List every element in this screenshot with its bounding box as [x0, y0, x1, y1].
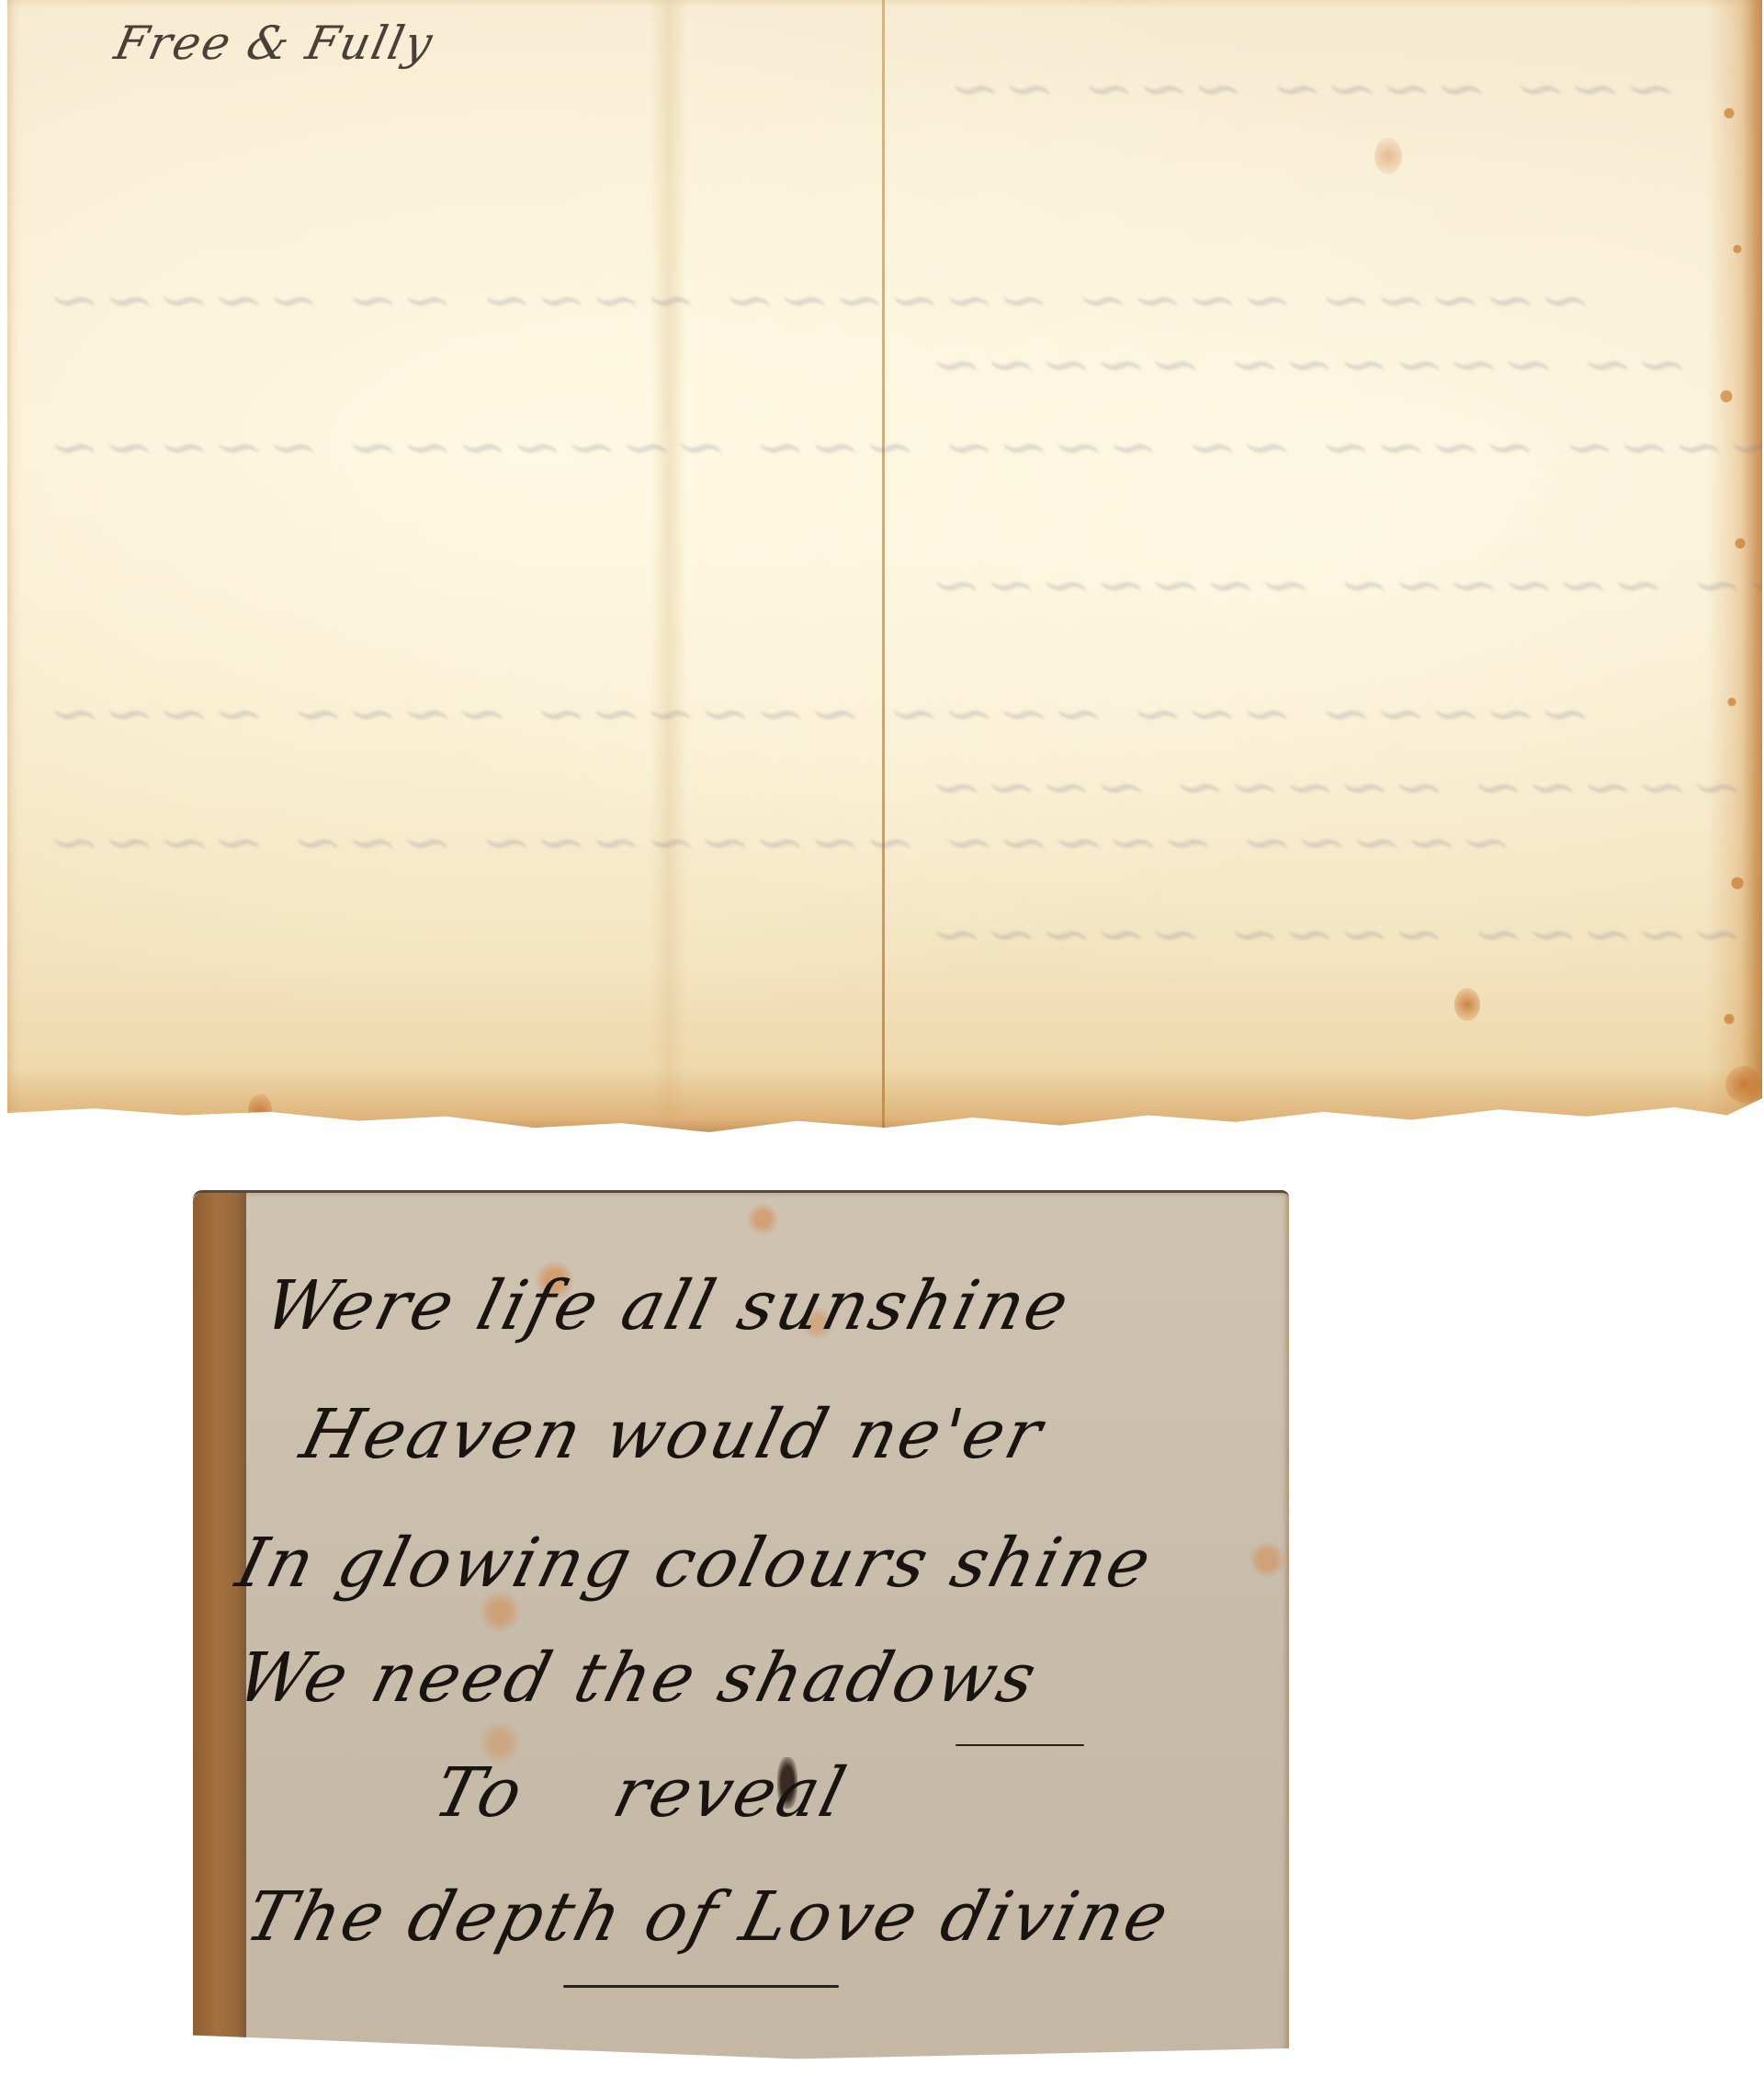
center-fold-line	[882, 0, 885, 1132]
foxing-spot	[1454, 988, 1480, 1021]
poem-line-4: We need the shadows	[229, 1639, 1046, 1718]
verse-card: Were life all sunshine Heaven would ne'e…	[193, 1190, 1289, 2066]
poem-line-5b: reveal	[605, 1753, 855, 1832]
closing-flourish-rule	[563, 1985, 839, 1988]
foxing-spot	[248, 1094, 272, 1130]
bottom-edge-staining	[7, 1068, 1762, 1132]
poem-line-1: Were life all sunshine	[256, 1266, 1079, 1345]
handwritten-poem: Were life all sunshine Heaven would ne'e…	[193, 1193, 1289, 2066]
bleed-through-text: ~~~~ ~~~~ ~~ ~~~~ ~~~ ~~~~~~~ ~~~~~	[33, 414, 1764, 482]
ink-stroke	[955, 1744, 1084, 1746]
bleed-through-text: ~~~~~ ~~~~~ ~~~~~~~~ ~~~ ~~~~	[33, 809, 1521, 877]
paper-crease	[650, 0, 687, 1132]
poem-line-6: The depth of Love divine	[238, 1877, 1178, 1957]
bleed-through-text: ~~ ~~~~~ ~~~~ ~~~~~	[915, 901, 1764, 969]
poem-line-2: Heaven would ne'er	[293, 1395, 1052, 1474]
bleed-through-text: ~~~ ~~~~ ~~~ ~~	[933, 55, 1686, 123]
bleed-through-text: ~~ ~~~~~~ ~~~~~	[915, 331, 1698, 399]
poem-line-5a: To	[426, 1753, 533, 1832]
poem-line-3: In glowing colours shine	[229, 1524, 1161, 1603]
pencil-annotation: Free & Fully	[110, 17, 439, 70]
bleed-through-text: ~~~~~ ~~~~~~ ~~~~~~~	[915, 551, 1764, 619]
bleed-through-text: ~~~~~ ~~~ ~~~~ ~~~~~~ ~~~~ ~~~~	[33, 680, 1600, 748]
foxing-spot	[1725, 1066, 1762, 1103]
foxing-spot	[1374, 138, 1402, 175]
folded-letter-sheet: Free & Fully ~~~ ~~~~ ~~~ ~~ ~~~~~ ~~~~ …	[7, 0, 1762, 1132]
bleed-through-text: ~~~~~ ~~~~ ~~~~~~ ~~~~ ~~ ~~~~~	[33, 267, 1600, 335]
